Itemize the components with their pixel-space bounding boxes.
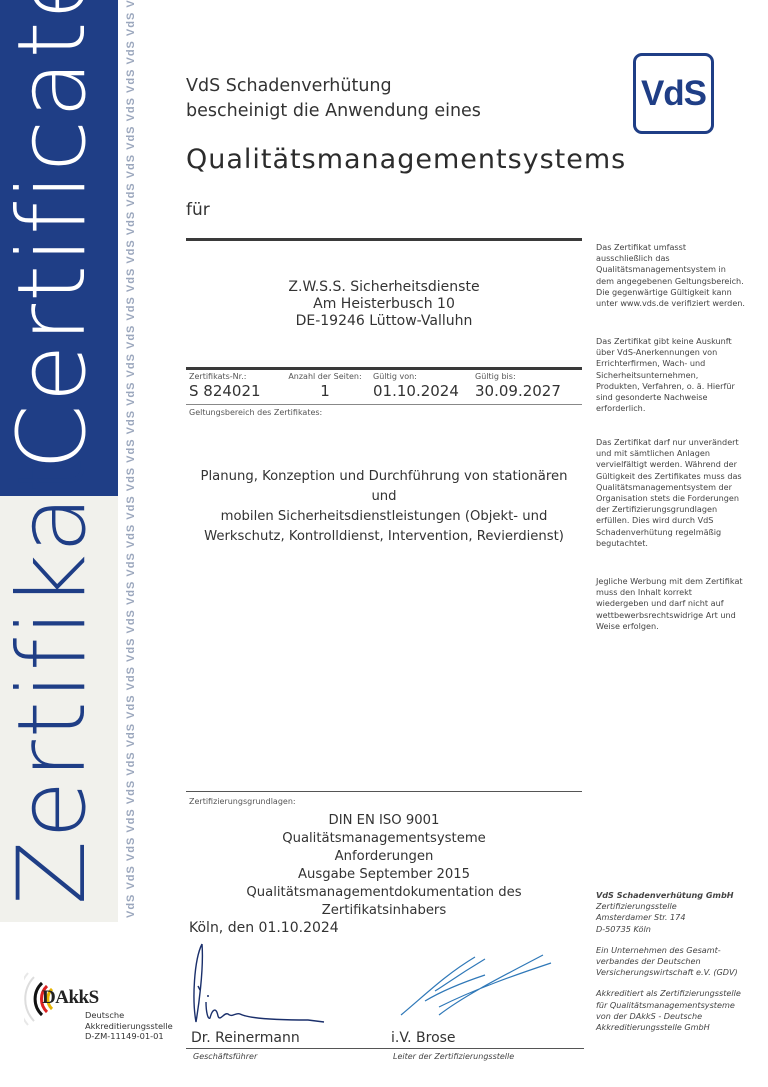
place-and-date: Köln, den 01.10.2024	[189, 920, 339, 936]
issuer-company: VdS Schadenverhütung GmbH	[596, 890, 764, 901]
certifies-line: bescheinigt die Anwendung eines	[186, 103, 481, 121]
side-note-no-approval: Das Zertifikat gibt keine Auskunft über …	[596, 336, 764, 414]
side-note-advertising: Jegliche Werbung mit dem Zertifikat muss…	[596, 576, 764, 632]
holder-name: Z.W.S.S. Sicherheitsdienste	[186, 279, 582, 296]
signatory-role-2: Leiter der Zertifizierungsstelle	[393, 1052, 514, 1061]
vds-logo-icon: VdS	[633, 53, 714, 134]
divider-signatures	[186, 1048, 584, 1049]
for-label: für	[186, 200, 210, 220]
scope-label: Geltungsbereich des Zertifikates:	[189, 408, 322, 417]
vds-logo-text: VdS	[641, 74, 706, 114]
vertical-word-certificate: Certificate	[6, 0, 100, 470]
dakks-logo-text: DAkkS	[42, 987, 99, 1009]
certificate-title: Qualitätsmanagementsystems	[186, 144, 626, 175]
meta-certificate-number: Zertifikats-Nr.: S 824021	[189, 372, 261, 401]
hologram-text: VdS VdS VdS VdS VdS VdS VdS VdS VdS VdS …	[125, 0, 137, 918]
dakks-accreditation-logo: DAkkS Deutsche Akkreditierungsstelle D-Z…	[24, 965, 174, 1055]
signatory-role-1: Geschäftsführer	[193, 1052, 257, 1061]
divider-meta	[186, 367, 582, 370]
divider-basis	[186, 791, 582, 792]
side-note-copies: Das Zertifikat darf nur unverändert und …	[596, 437, 764, 549]
dakks-accreditation-id: Deutsche Akkreditierungsstelle D-ZM-1114…	[85, 1010, 173, 1042]
signature-reinermann-icon	[188, 940, 338, 1030]
holder-street: Am Heisterbusch 10	[186, 296, 582, 313]
certification-basis: DIN EN ISO 9001 Qualitätsmanagementsyste…	[186, 812, 582, 920]
issuer-name: VdS Schadenverhütung	[186, 78, 392, 96]
certificate-holder: Z.W.S.S. Sicherheitsdienste Am Heisterbu…	[186, 279, 582, 330]
meta-page-count: Anzahl der Seiten: 1	[285, 372, 365, 401]
divider-meta-bottom	[186, 404, 582, 405]
side-note-validity: Das Zertifikat umfasst ausschließlich da…	[596, 242, 764, 309]
divider-top	[186, 238, 582, 241]
blue-side-band: Certificate	[0, 0, 118, 496]
vertical-word-zertifikat: Zertifikat	[6, 455, 100, 905]
issuer-block: VdS Schadenverhütung GmbH Zertifizierung…	[596, 890, 764, 1033]
holder-city: DE-19246 Lüttow-Valluhn	[186, 313, 582, 330]
signatory-name-1: Dr. Reinermann	[191, 1030, 300, 1046]
hologram-strip: VdS VdS VdS VdS VdS VdS VdS VdS VdS VdS …	[122, 0, 142, 920]
signatory-name-2: i.V. Brose	[391, 1030, 456, 1046]
basis-label: Zertifizierungsgrundlagen:	[189, 797, 296, 806]
meta-valid-until: Gültig bis: 30.09.2027	[475, 372, 561, 401]
certificate-meta: Zertifikats-Nr.: S 824021 Anzahl der Sei…	[186, 372, 582, 406]
certificate-scope: Planung, Konzeption und Durchführung von…	[186, 467, 582, 547]
meta-valid-from: Gültig von: 01.10.2024	[373, 372, 459, 401]
signature-brose-icon	[395, 945, 565, 1025]
